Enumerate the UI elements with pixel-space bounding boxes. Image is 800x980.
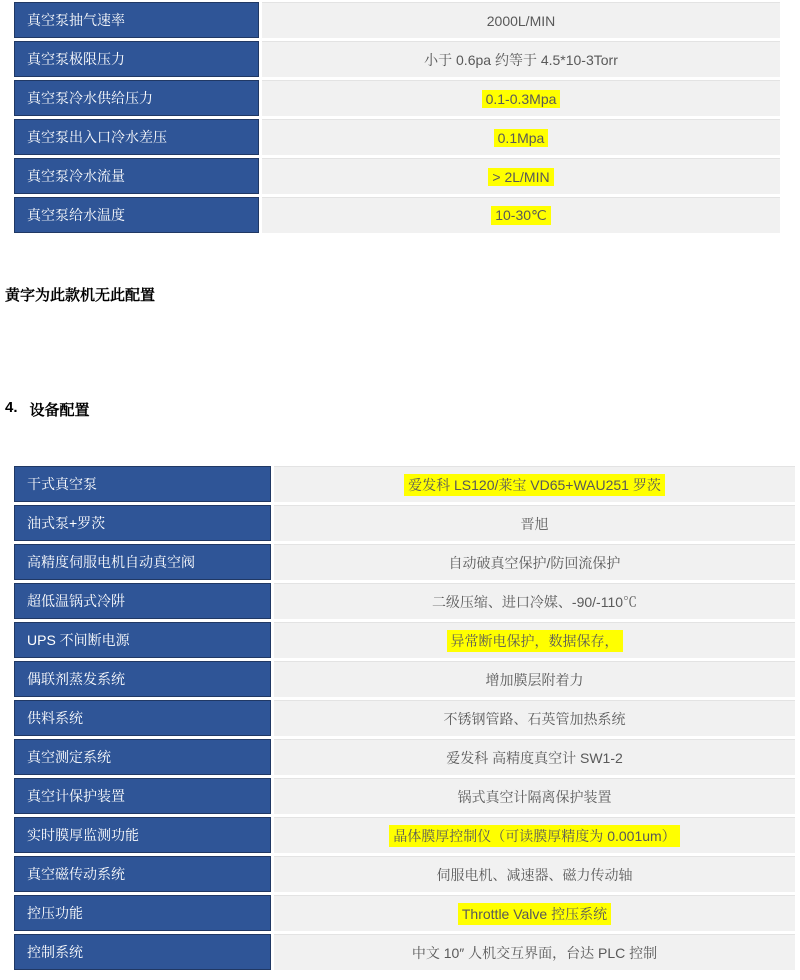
row-value: 伺服电机、减速器、磁力传动轴: [274, 856, 795, 892]
row-label: 超低温锅式冷阱: [14, 583, 271, 619]
highlighted-value: 爱发科 LS120/莱宝 VD65+WAU251 罗茨: [404, 474, 665, 496]
section-heading: 4. 设备配置: [5, 399, 90, 420]
row-label: 真空泵冷水流量: [14, 158, 259, 194]
yellow-text-note: 黄字为此款机无此配置: [5, 284, 155, 305]
row-value: 10-30℃: [262, 197, 780, 233]
table-row: 真空磁传动系统伺服电机、减速器、磁力传动轴: [14, 856, 795, 892]
row-label: 真空测定系统: [14, 739, 271, 775]
table-row: 偶联剂蒸发系统增加膜层附着力: [14, 661, 795, 697]
row-value: 晋旭: [274, 505, 795, 541]
row-label: 真空泵极限压力: [14, 41, 259, 77]
row-value: 0.1-0.3Mpa: [262, 80, 780, 116]
section-number: 4.: [5, 399, 18, 420]
row-label: 真空泵抽气速率: [14, 2, 259, 38]
row-label: 供料系统: [14, 700, 271, 736]
row-value: 小于 0.6pa 约等于 4.5*10-3Torr: [262, 41, 780, 77]
table-row: 超低温锅式冷阱二级压缩、进口冷媒、-90/-110℃: [14, 583, 795, 619]
row-label: 真空计保护装置: [14, 778, 271, 814]
table-row: 控制系统中文 10″ 人机交互界面，台达 PLC 控制: [14, 934, 795, 970]
section-title: 设备配置: [30, 399, 90, 420]
highlighted-value: 晶体膜厚控制仪（可读膜厚精度为 0.001um）: [389, 825, 679, 847]
table-row: 高精度伺服电机自动真空阀自动破真空保护/防回流保护: [14, 544, 795, 580]
row-value: 爱发科 高精度真空计 SW1-2: [274, 739, 795, 775]
row-label: 干式真空泵: [14, 466, 271, 502]
table-row: 真空测定系统爱发科 高精度真空计 SW1-2: [14, 739, 795, 775]
table-row: 真空泵极限压力小于 0.6pa 约等于 4.5*10-3Torr: [14, 41, 780, 77]
table-row: 真空泵抽气速率2000L/MIN: [14, 2, 780, 38]
row-label: 真空泵冷水供给压力: [14, 80, 259, 116]
equipment-config-table: 干式真空泵爱发科 LS120/莱宝 VD65+WAU251 罗茨油式泵+罗茨晋旭…: [14, 466, 795, 970]
row-label: 油式泵+罗茨: [14, 505, 271, 541]
table-row: 真空泵出入口冷水差压0.1Mpa: [14, 119, 780, 155]
row-value: 2000L/MIN: [262, 2, 780, 38]
row-label: 控制系统: [14, 934, 271, 970]
row-value: 异常断电保护，数据保存，: [274, 622, 795, 658]
row-label: 实时膜厚监测功能: [14, 817, 271, 853]
row-label: 高精度伺服电机自动真空阀: [14, 544, 271, 580]
highlighted-value: 10-30℃: [491, 206, 551, 225]
table-row: 真空计保护装置锅式真空计隔离保护装置: [14, 778, 795, 814]
highlighted-value: 0.1Mpa: [494, 129, 549, 147]
highlighted-value: > 2L/MIN: [488, 168, 553, 186]
row-value: 自动破真空保护/防回流保护: [274, 544, 795, 580]
table-row: 真空泵冷水流量> 2L/MIN: [14, 158, 780, 194]
row-value: 增加膜层附着力: [274, 661, 795, 697]
vacuum-pump-spec-table: 真空泵抽气速率2000L/MIN真空泵极限压力小于 0.6pa 约等于 4.5*…: [14, 2, 780, 233]
row-value: > 2L/MIN: [262, 158, 780, 194]
row-value: 0.1Mpa: [262, 119, 780, 155]
table-row: 实时膜厚监测功能晶体膜厚控制仪（可读膜厚精度为 0.001um）: [14, 817, 795, 853]
row-value: Throttle Valve 控压系统: [274, 895, 795, 931]
row-value: 锅式真空计隔离保护装置: [274, 778, 795, 814]
highlighted-value: 0.1-0.3Mpa: [482, 90, 561, 108]
table-row: 油式泵+罗茨晋旭: [14, 505, 795, 541]
row-value: 二级压缩、进口冷媒、-90/-110℃: [274, 583, 795, 619]
row-label: 偶联剂蒸发系统: [14, 661, 271, 697]
highlighted-value: 异常断电保护，数据保存，: [447, 630, 623, 652]
row-value: 晶体膜厚控制仪（可读膜厚精度为 0.001um）: [274, 817, 795, 853]
row-label: 真空磁传动系统: [14, 856, 271, 892]
row-label: 控压功能: [14, 895, 271, 931]
row-value: 不锈钢管路、石英管加热系统: [274, 700, 795, 736]
highlighted-value: Throttle Valve 控压系统: [458, 903, 611, 925]
table-row: 干式真空泵爱发科 LS120/莱宝 VD65+WAU251 罗茨: [14, 466, 795, 502]
row-label: UPS 不间断电源: [14, 622, 271, 658]
row-label: 真空泵给水温度: [14, 197, 259, 233]
row-label: 真空泵出入口冷水差压: [14, 119, 259, 155]
row-value: 中文 10″ 人机交互界面，台达 PLC 控制: [274, 934, 795, 970]
table-row: 控压功能Throttle Valve 控压系统: [14, 895, 795, 931]
table-row: UPS 不间断电源异常断电保护，数据保存，: [14, 622, 795, 658]
table-row: 供料系统不锈钢管路、石英管加热系统: [14, 700, 795, 736]
table-row: 真空泵给水温度10-30℃: [14, 197, 780, 233]
table-row: 真空泵冷水供给压力0.1-0.3Mpa: [14, 80, 780, 116]
row-value: 爱发科 LS120/莱宝 VD65+WAU251 罗茨: [274, 466, 795, 502]
